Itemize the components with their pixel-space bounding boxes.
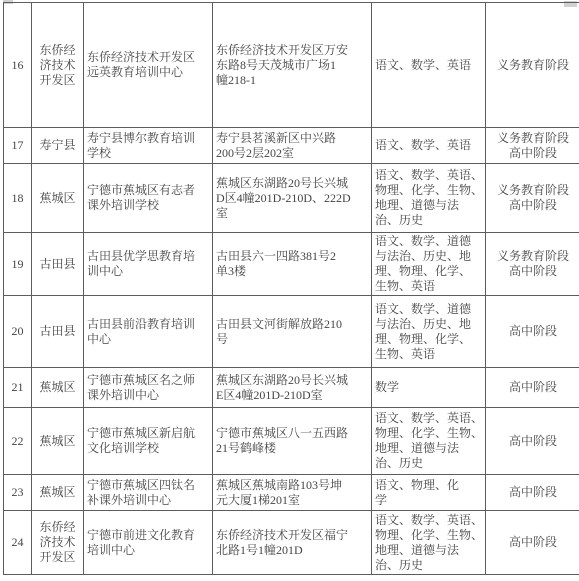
cell-20-subjects: 语文、数学、道德 与法治、历史、地 理、物理、化学、 生物、英语 xyxy=(372,296,486,368)
cell-18-institution-name: 宁德市蕉城区有志者 课外培训学校 xyxy=(84,164,213,233)
cell-21-number: 21 xyxy=(4,368,32,408)
cell-17-district: 寿宁县 xyxy=(32,128,84,164)
table-row-17: 17 寿宁县 寿宁县博尔教育培训 学校 寿宁县茗溪新区中兴路 200号2层202… xyxy=(4,128,579,164)
table-row-20: 20 古田县 古田县前沿教育培训 中心 古田县文河街解放路210 号 语文、数学… xyxy=(4,296,579,368)
cell-22-institution-name: 宁德市蕉城区新启航 文化培训学校 xyxy=(84,408,213,475)
cell-17-institution-name: 寿宁县博尔教育培训 学校 xyxy=(84,128,213,164)
cell-23-subjects: 语文、物理、化 学 xyxy=(372,475,486,511)
cell-20-stage: 高中阶段 xyxy=(486,296,579,368)
table-row-23: 23 蕉城区 宁德市蕉城区四钛名 补课外培训中心 蕉城区蕉城南路103号坤 元大… xyxy=(4,475,579,511)
cell-16-number: 16 xyxy=(4,3,32,128)
cell-20-institution-name: 古田县前沿教育培训 中心 xyxy=(84,296,213,368)
document-page: { "colors": { "page_background": "#fffff… xyxy=(0,0,579,581)
cell-23-stage: 高中阶段 xyxy=(486,475,579,511)
cell-16-institution-name: 东侨经济技术开发区 远英教育培训中心 xyxy=(84,3,213,128)
table-row-16: 16 东侨经 济技术 开发区 东侨经济技术开发区 远英教育培训中心 东侨经济技术… xyxy=(4,3,579,128)
cell-24-institution-name: 宁德市前进文化教育 培训中心 xyxy=(84,511,213,575)
cell-20-district: 古田县 xyxy=(32,296,84,368)
table-row-19: 19 古田县 古田县优学思教育培 训中心 古田县六一四路381号2 单3楼 语文… xyxy=(4,233,579,296)
cell-21-address: 蕉城区东湖路20号长兴城 E区4幢201D-210D室 xyxy=(213,368,372,408)
cell-17-address: 寿宁县茗溪新区中兴路 200号2层202室 xyxy=(213,128,372,164)
table-row-21: 21 蕉城区 宁德市蕉城区名之师 课外培训中心 蕉城区东湖路20号长兴城 E区4… xyxy=(4,368,579,408)
cell-22-district: 蕉城区 xyxy=(32,408,84,475)
cell-24-number: 24 xyxy=(4,511,32,575)
cell-18-stage: 义务教育阶段 高中阶段 xyxy=(486,164,579,233)
training-institutions-table: 16 东侨经 济技术 开发区 东侨经济技术开发区 远英教育培训中心 东侨经济技术… xyxy=(3,2,579,575)
table-row-18: 18 蕉城区 宁德市蕉城区有志者 课外培训学校 蕉城区东湖路20号长兴城 D区4… xyxy=(4,164,579,233)
cell-24-address: 东侨经济技术开发区福宁 北路1号1幢201D xyxy=(213,511,372,575)
cell-21-district: 蕉城区 xyxy=(32,368,84,408)
cell-18-address: 蕉城区东湖路20号长兴城 D区4幢201D-210D、222D 室 xyxy=(213,164,372,233)
cell-23-number: 23 xyxy=(4,475,32,511)
cell-17-stage: 义务教育阶段 高中阶段 xyxy=(486,128,579,164)
cell-18-number: 18 xyxy=(4,164,32,233)
cell-19-stage: 义务教育阶段 高中阶段 xyxy=(486,233,579,296)
cell-16-subjects: 语文、数学、英语 xyxy=(372,3,486,128)
cell-19-address: 古田县六一四路381号2 单3楼 xyxy=(213,233,372,296)
cell-23-address: 蕉城区蕉城南路103号坤 元大厦1梯201室 xyxy=(213,475,372,511)
cell-17-subjects: 语文、数学、英语 xyxy=(372,128,486,164)
cell-22-subjects: 语文、数学、英语、 物理、化学、生物、 地理、道德与法 治、历史 xyxy=(372,408,486,475)
cell-24-subjects: 语文、数学、英语、 物理、化学、生物、 地理、道德与法 治、历史 xyxy=(372,511,486,575)
table-row-24: 24 东侨经 济技术 开发区 宁德市前进文化教育 培训中心 东侨经济技术开发区福… xyxy=(4,511,579,575)
cell-23-district: 蕉城区 xyxy=(32,475,84,511)
cell-18-district: 蕉城区 xyxy=(32,164,84,233)
cell-16-address: 东侨经济技术开发区万安 东路8号天茂城市广场1 幢218-1 xyxy=(213,3,372,128)
cell-16-district: 东侨经 济技术 开发区 xyxy=(32,3,84,128)
cell-20-address: 古田县文河街解放路210 号 xyxy=(213,296,372,368)
cell-19-district: 古田县 xyxy=(32,233,84,296)
cell-24-district: 东侨经 济技术 开发区 xyxy=(32,511,84,575)
cell-22-stage: 高中阶段 xyxy=(486,408,579,475)
cell-21-stage: 高中阶段 xyxy=(486,368,579,408)
cell-19-institution-name: 古田县优学思教育培 训中心 xyxy=(84,233,213,296)
cell-21-subjects: 数学 xyxy=(372,368,486,408)
cell-24-stage: 高中阶段 xyxy=(486,511,579,575)
cell-16-stage: 义务教育阶段 xyxy=(486,3,579,128)
cell-19-number: 19 xyxy=(4,233,32,296)
cell-21-institution-name: 宁德市蕉城区名之师 课外培训中心 xyxy=(84,368,213,408)
cell-23-institution-name: 宁德市蕉城区四钛名 补课外培训中心 xyxy=(84,475,213,511)
cell-17-number: 17 xyxy=(4,128,32,164)
cell-18-subjects: 语文、数学、英语、 物理、化学、生物、 地理、道德与法 治、历史 xyxy=(372,164,486,233)
cell-22-number: 22 xyxy=(4,408,32,475)
cell-20-number: 20 xyxy=(4,296,32,368)
table-row-22: 22 蕉城区 宁德市蕉城区新启航 文化培训学校 宁德市蕉城区八一五西路 21号鹤… xyxy=(4,408,579,475)
cell-19-subjects: 语文、数学、道德 与法治、历史、地 理、物理、化学、 生物、英语 xyxy=(372,233,486,296)
cell-22-address: 宁德市蕉城区八一五西路 21号鹤峰楼 xyxy=(213,408,372,475)
